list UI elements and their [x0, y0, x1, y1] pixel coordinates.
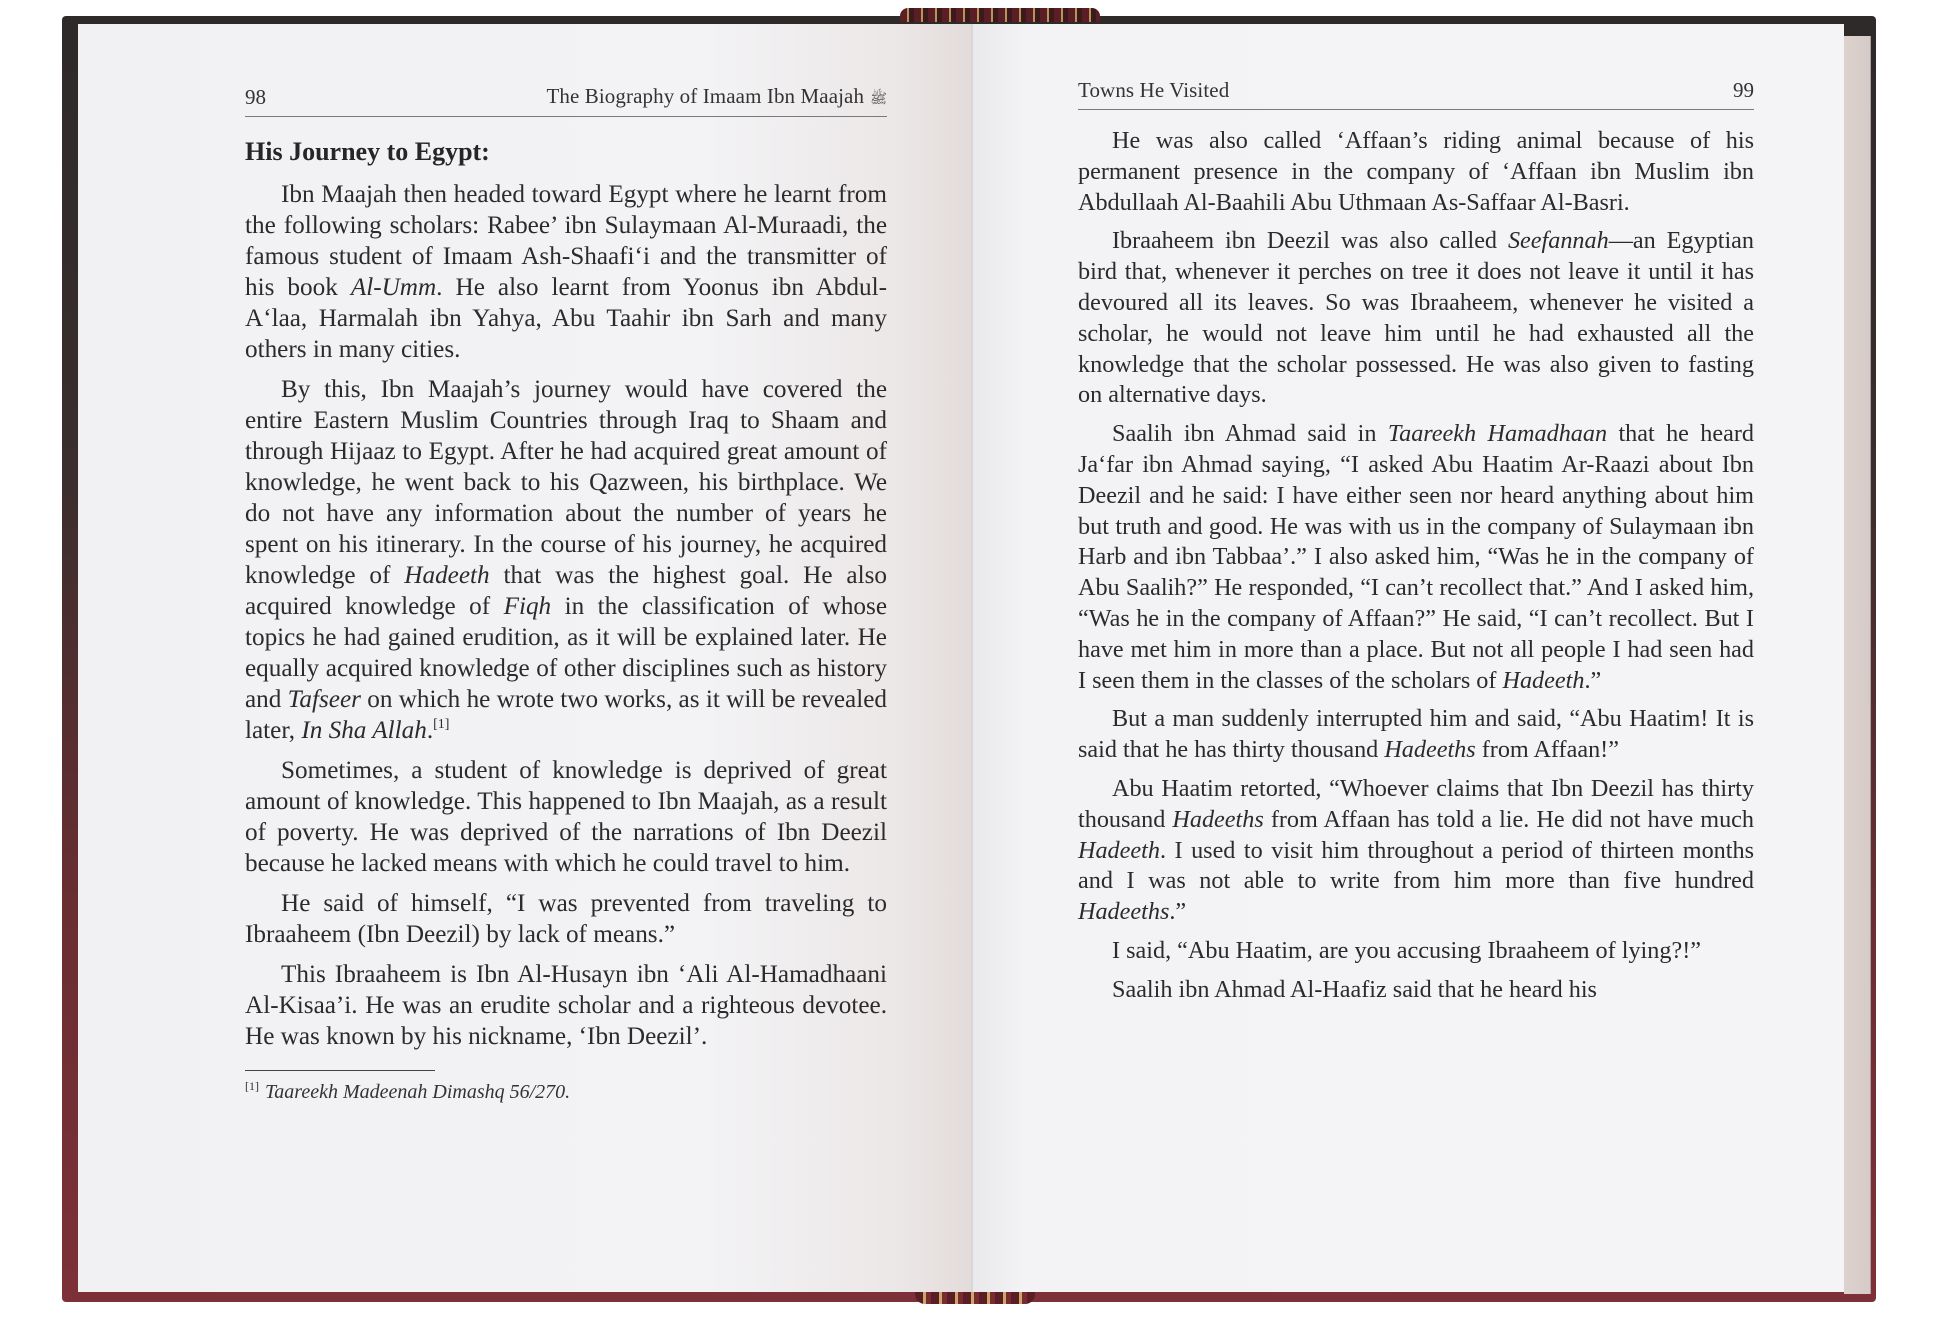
paragraph: He said of himself, “I was prevented fro…	[245, 888, 887, 950]
page-stack-edge	[1844, 36, 1871, 1294]
right-running-head: Towns He Visited 99	[1078, 78, 1754, 110]
text-run: He said of himself, “I was prevented fro…	[245, 890, 887, 948]
text-run: By this, Ibn Maajah’s journey would have…	[245, 376, 887, 589]
text-run: He was also called ‘Affaan’s riding anim…	[1078, 127, 1754, 216]
italic-term: Tafseer	[288, 686, 361, 713]
paragraph: But a man suddenly interrupted him and s…	[1078, 704, 1754, 766]
text-run: This Ibraaheem is Ibn Al-Husayn ibn ‘Ali…	[245, 961, 887, 1050]
paragraph: By this, Ibn Maajah’s journey would have…	[245, 374, 887, 746]
italic-term: Hadeeth	[404, 562, 489, 589]
page-number: 99	[1733, 78, 1754, 103]
italic-term: Seefannah	[1508, 227, 1609, 254]
text-run: Sometimes, a student of knowledge is dep…	[245, 757, 887, 877]
honorific-icon: ﷺ	[870, 92, 887, 107]
text-run: —an Egyptian bird that, whenever it perc…	[1078, 227, 1754, 408]
text-run: . I used to visit him throughout a perio…	[1078, 837, 1754, 895]
text-run: from Affaan has told a lie. He did not h…	[1264, 806, 1754, 833]
right-paragraphs: He was also called ‘Affaan’s riding anim…	[1078, 126, 1754, 1006]
text-run: .”	[1169, 898, 1186, 925]
left-paragraphs: Ibn Maajah then headed toward Egypt wher…	[245, 179, 887, 1052]
text-run: Saalih ibn Ahmad said in	[1112, 420, 1388, 447]
paragraph: Sometimes, a student of knowledge is dep…	[245, 755, 887, 879]
text-run: .”	[1584, 667, 1601, 694]
text-run: from Affaan!”	[1476, 736, 1619, 763]
right-page-column: Towns He Visited 99 He was also called ‘…	[1078, 78, 1754, 1014]
section-heading: His Journey to Egypt:	[245, 137, 887, 167]
running-title: The Biography of Imaam Ibn Maajahﷺ	[546, 84, 887, 110]
footnote: [1]Taareekh Madeenah Dimashq 56/270.	[245, 1081, 887, 1104]
italic-term: Hadeeth	[1078, 837, 1160, 864]
paragraph: Saalih ibn Ahmad Al-Haafiz said that he …	[1078, 975, 1754, 1006]
spine-headband-top	[900, 8, 1100, 22]
italic-term: Hadeeths	[1384, 736, 1475, 763]
italic-term: Hadeeth	[1503, 667, 1585, 694]
footnote-divider	[245, 1070, 435, 1071]
paragraph: Ibn Maajah then headed toward Egypt wher…	[245, 179, 887, 365]
paragraph: I said, “Abu Haatim, are you accusing Ib…	[1078, 936, 1754, 967]
footnote-marker: [1]	[245, 1079, 259, 1093]
text-run: I said, “Abu Haatim, are you accusing Ib…	[1112, 937, 1701, 964]
book-gutter	[971, 24, 973, 1292]
text-run: Saalih ibn Ahmad Al-Haafiz said that he …	[1112, 976, 1597, 1003]
italic-term: Al-Umm	[351, 274, 436, 301]
paragraph: Ibraaheem ibn Deezil was also called See…	[1078, 226, 1754, 411]
text-run: Ibraaheem ibn Deezil was also called	[1112, 227, 1508, 254]
italic-term: Hadeeths	[1078, 898, 1169, 925]
running-title-text: The Biography of Imaam Ibn Maajah	[546, 84, 864, 108]
left-page-column: 98 The Biography of Imaam Ibn Maajahﷺ Hi…	[245, 84, 887, 1104]
footnote-text: Taareekh Madeenah Dimashq 56/270.	[265, 1081, 570, 1103]
page-number: 98	[245, 85, 266, 110]
footnote-reference: [1]	[433, 717, 449, 732]
italic-term: Taareekh Hamadhaan	[1388, 420, 1607, 447]
paragraph: This Ibraaheem is Ibn Al-Husayn ibn ‘Ali…	[245, 959, 887, 1052]
italic-term: In Sha Allah	[301, 717, 426, 744]
italic-term: Fiqh	[504, 593, 552, 620]
left-running-head: 98 The Biography of Imaam Ibn Maajahﷺ	[245, 84, 887, 117]
running-title: Towns He Visited	[1078, 78, 1229, 103]
italic-term: Hadeeths	[1172, 806, 1263, 833]
paragraph: He was also called ‘Affaan’s riding anim…	[1078, 126, 1754, 218]
paragraph: Abu Haatim retorted, “Whoever claims tha…	[1078, 774, 1754, 928]
paragraph: Saalih ibn Ahmad said in Taareekh Hamadh…	[1078, 419, 1754, 696]
text-run: that he heard Ja‘far ibn Ahmad saying, “…	[1078, 420, 1754, 693]
